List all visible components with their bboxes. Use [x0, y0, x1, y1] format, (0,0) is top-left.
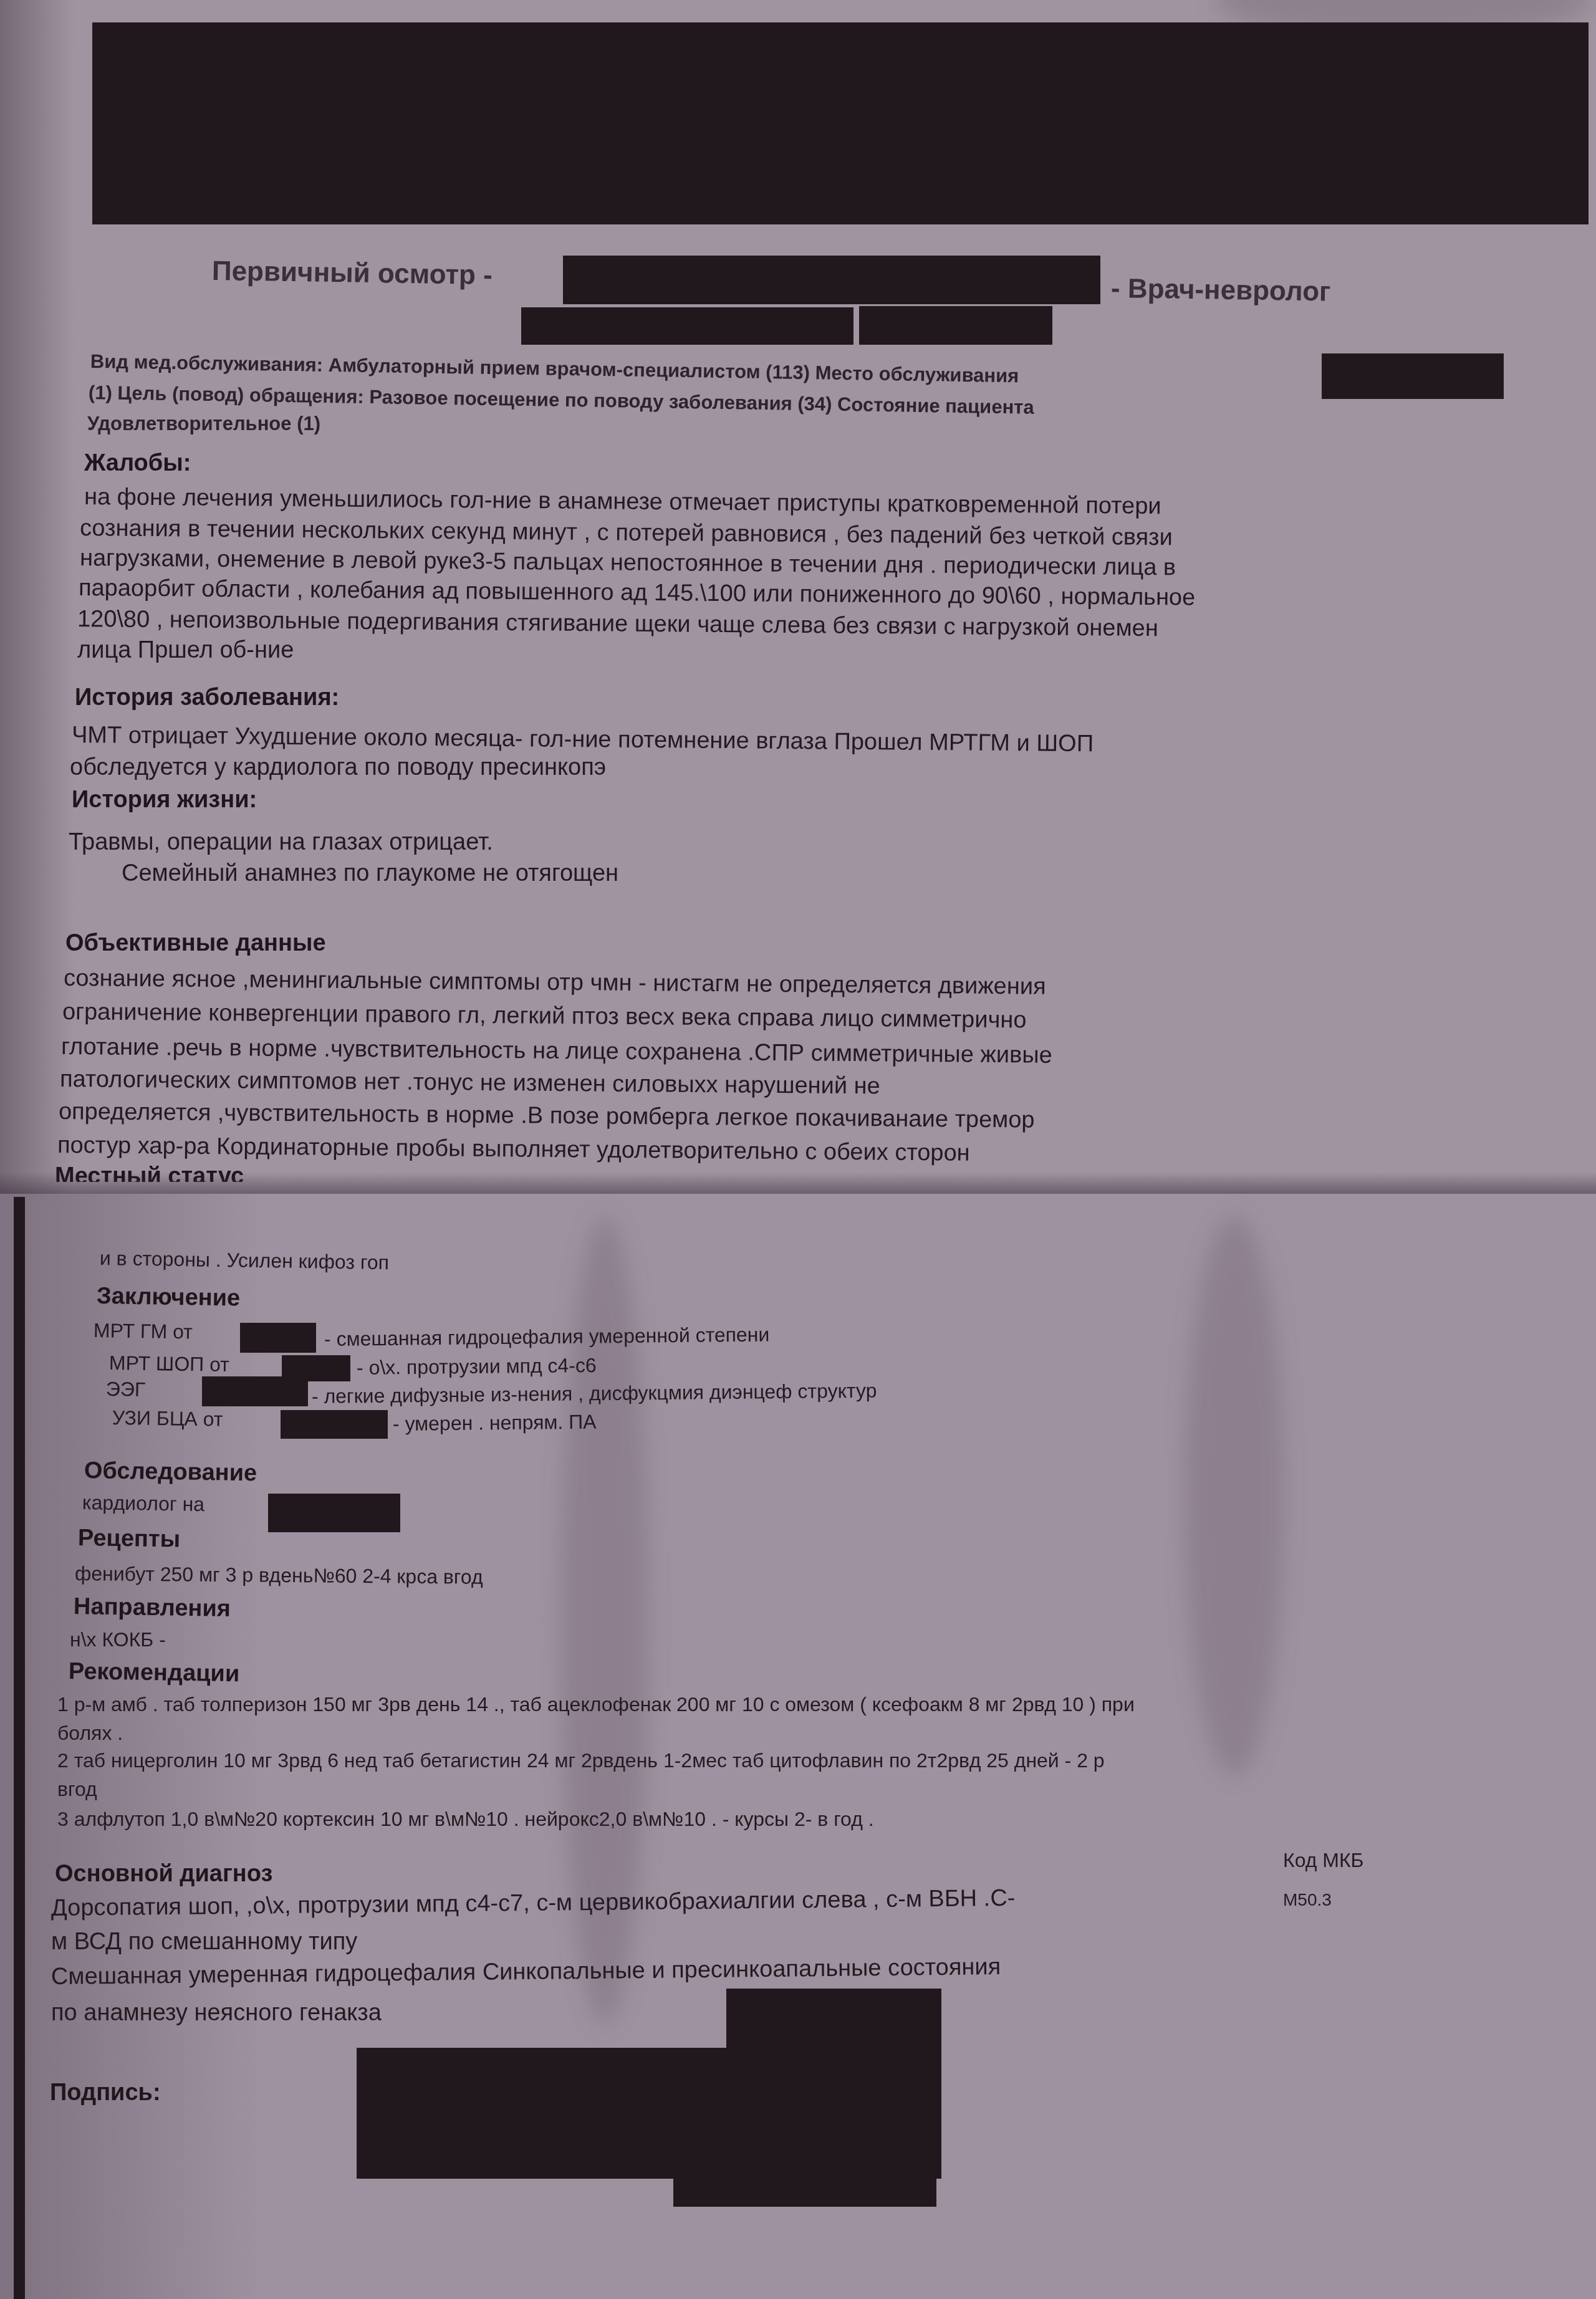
conclusion-item-prefix: МРТ ГМ от — [94, 1319, 193, 1343]
title-suffix: - Врач-невролог — [1111, 273, 1331, 308]
recommendation-line: 1 р-м амб . таб толперизон 150 мг 3рв де… — [57, 1693, 1135, 1716]
examination-heading: Обследование — [84, 1457, 257, 1487]
redaction-signature-name — [673, 2088, 936, 2207]
conclusion-item-text: - o\x. протрузии мпд с4-с6 — [357, 1354, 597, 1380]
redaction-place — [1322, 353, 1504, 399]
conclusion-item-prefix: МРТ ШОП от — [109, 1351, 229, 1376]
redaction-patient-name — [563, 256, 1100, 304]
referrals-heading: Направления — [74, 1593, 231, 1623]
disease-history-line: обследуется у кардиолога по поводу преси… — [70, 754, 606, 781]
diagnosis-heading: Основной диагноз — [55, 1861, 272, 1888]
redaction-date — [240, 1323, 316, 1353]
recommendations-heading: Рекомендации — [69, 1658, 240, 1687]
title-prefix: Первичный осмотр - — [212, 256, 493, 291]
conclusion-item-prefix: УЗИ БЦА от — [112, 1406, 223, 1431]
meta-line-3: Удовлетворительное (1) — [87, 413, 320, 435]
icd-label: Код МКБ — [1283, 1849, 1364, 1872]
complaints-line: лица Пршел об-ние — [77, 637, 294, 664]
recommendation-line: 2 таб ницерголин 10 мг 3рвд 6 нед таб бе… — [57, 1749, 1105, 1772]
prescriptions-heading: Рецепты — [78, 1525, 181, 1553]
conclusion-heading: Заключение — [97, 1283, 241, 1312]
redaction-time — [859, 306, 1052, 345]
icd-code: M50.3 — [1283, 1890, 1332, 1910]
sheet-edge — [14, 1197, 25, 2299]
redaction-date — [268, 1494, 400, 1532]
referrals-text: н\х КОКБ - — [70, 1628, 166, 1651]
conclusion-item-text: - умерен . непрям. ПА — [393, 1411, 597, 1436]
redaction-header — [92, 22, 1589, 224]
life-history-heading: История жизни: — [72, 787, 257, 814]
sheet2-first-line: и в стороны . Усилен кифоз гоп — [100, 1247, 390, 1274]
redaction-date — [281, 1410, 388, 1439]
complaints-heading: Жалобы: — [84, 450, 191, 477]
redaction-date — [521, 307, 853, 345]
life-history-line: Травмы, операции на глазах отрицает. — [69, 829, 493, 856]
redaction-date — [202, 1376, 308, 1406]
conclusion-item-prefix: ЭЭГ — [106, 1378, 146, 1401]
recommendation-line: болях . — [57, 1722, 123, 1745]
recommendation-line: вгод — [57, 1778, 97, 1801]
diagnosis-line: по анамнезу неясного генакза — [51, 2000, 382, 2027]
paper-stain — [1185, 1216, 1284, 1777]
prescriptions-text: фенибут 250 мг 3 р вдень№60 2-4 крса вго… — [75, 1562, 483, 1589]
disease-history-heading: История заболевания: — [75, 684, 339, 711]
objective-heading: Объективные данные — [65, 930, 326, 957]
conclusion-item-text: - смешанная гидроцефалия умеренной степе… — [324, 1323, 770, 1351]
signature-label: Подпись: — [50, 2080, 161, 2106]
diagnosis-line: м ВСД по смешанному типу — [51, 1929, 357, 1956]
examination-text: кардиолог на — [82, 1491, 205, 1516]
life-history-line: Семейный анамнез по глаукоме не отягощен — [122, 860, 618, 887]
recommendation-line: 3 алфлутоп 1,0 в\м№20 кортексин 10 мг в\… — [57, 1808, 874, 1831]
